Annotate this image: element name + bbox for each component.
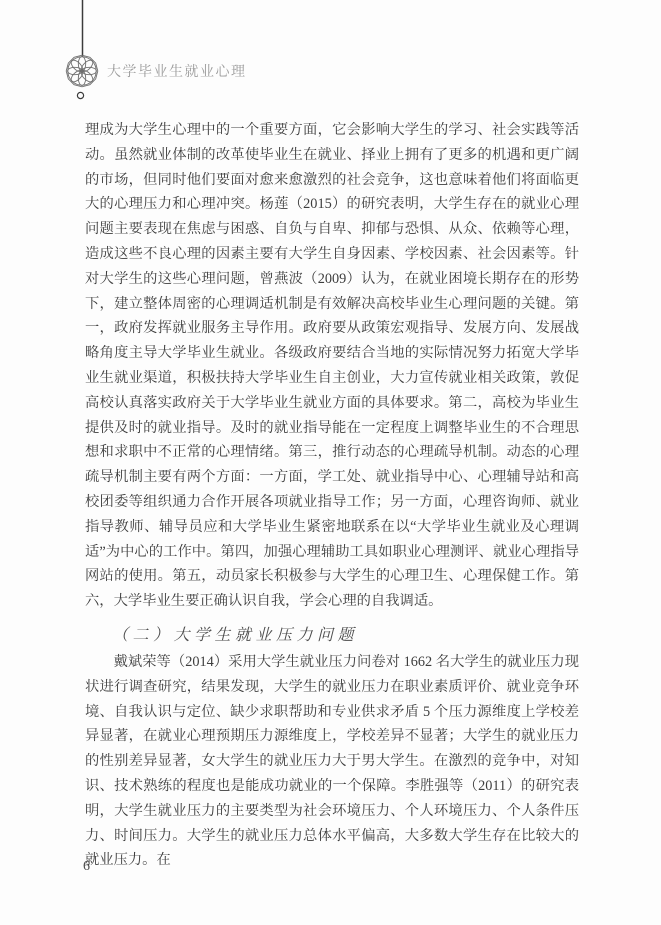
body-paragraph-continuation: 理成为大学生心理中的一个重要方面，它会影响大学生的学习、社会实践等活动。虽然就业…	[85, 118, 579, 614]
body-paragraph-2: 戴斌荣等（2014）采用大学生就业压力问卷对 1662 名大学生的就业压力现状进…	[85, 650, 579, 873]
section-heading: （二）大学生就业压力问题	[85, 622, 579, 650]
rosette-icon	[66, 55, 98, 87]
page-body: 理成为大学生心理中的一个重要方面，它会影响大学生的学习、社会实践等活动。虽然就业…	[85, 118, 579, 873]
page-number: 6	[83, 859, 90, 875]
flower-ornament-icon	[62, 0, 102, 104]
ornament-terminal-dot	[77, 92, 83, 98]
flower-ornament-svg	[62, 0, 102, 104]
running-header-title: 大学毕业生就业心理	[107, 61, 247, 81]
document-page: 大学毕业生就业心理 理成为大学生心理中的一个重要方面，它会影响大学生的学习、社会…	[0, 0, 661, 925]
